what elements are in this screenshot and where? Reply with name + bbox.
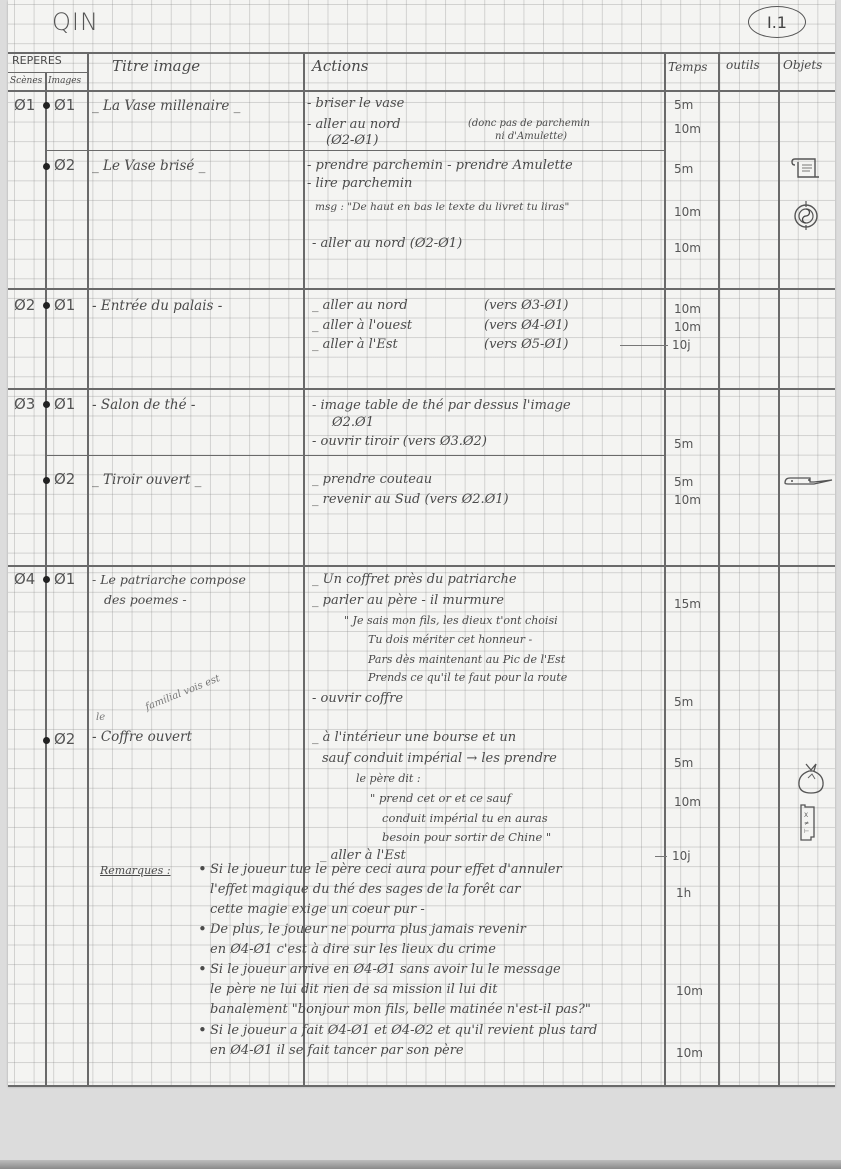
bullet-dot (43, 737, 50, 744)
image-title-continued: des poemes - (104, 592, 187, 607)
image-title: _ Le Vase brisé _ (92, 158, 205, 174)
scene-ref: Ø1 (14, 96, 35, 114)
time-value: 5m (674, 475, 693, 489)
remark-line: l'effet magique du thé des sages de la f… (210, 882, 520, 897)
time-value: 10m (676, 984, 703, 998)
action-line: - briser le vase (307, 96, 404, 111)
scroll-icon (791, 154, 821, 184)
header-top-rule (8, 52, 835, 54)
bullet-icon: • (198, 920, 207, 938)
action-note: (vers Ø4-Ø1) (484, 318, 568, 333)
remark-line: cette magie exige un coeur pur - (210, 902, 425, 917)
scan-edge (0, 1160, 841, 1169)
bullet-dot (43, 576, 50, 583)
bullet-dot (43, 477, 50, 484)
action-line: _ aller à l'ouest (312, 318, 412, 333)
action-message: msg : "De haut en bas le texte du livret… (315, 201, 569, 213)
safe-conduct-icon: X ≠ ⊢ (798, 802, 818, 844)
time-value: 10m (674, 122, 701, 136)
image-ref: Ø1 (54, 296, 75, 314)
image-title: _ La Vase millenaire _ (92, 98, 240, 114)
remark-line: Si le joueur arrive en Ø4-Ø1 sans avoir … (210, 962, 561, 977)
action-line: - image table de thé par dessus l'image (312, 398, 571, 413)
action-line: (Ø2-Ø1) (326, 133, 378, 148)
action-line: - aller au nord (307, 117, 401, 132)
action-line: _ revenir au Sud (vers Ø2.Ø1) (312, 492, 509, 507)
bullet-dot (43, 163, 50, 170)
row-rule (8, 288, 835, 290)
action-line: Ø2.Ø1 (332, 415, 374, 430)
table-bottom-rule (8, 1085, 835, 1087)
image-title: - Coffre ouvert (92, 729, 192, 745)
time-value: 10m (674, 205, 701, 219)
remarks-label: Remarques : (100, 864, 171, 877)
scene-ref: Ø2 (14, 296, 35, 314)
image-title: - Entrée du palais - (92, 298, 222, 314)
dialogue-line: Prends ce qu'il te faut pour la route (368, 671, 567, 684)
outils-objets-divider (778, 52, 780, 1085)
action-line: - aller au nord (Ø2-Ø1) (312, 236, 462, 251)
dialogue-line: " prend cet or et ce sauf (370, 791, 511, 805)
time-value: 5m (674, 98, 693, 112)
action-line: - ouvrir coffre (312, 691, 403, 706)
action-line: - prendre parchemin - prendre Amulette (307, 158, 573, 173)
svg-text:⊢: ⊢ (804, 828, 809, 835)
time-value: 5m (674, 756, 693, 770)
dialogue-line: Tu dois mériter cet honneur - (368, 633, 532, 646)
time-value: 5m (674, 162, 693, 176)
bullet-icon: • (198, 860, 207, 878)
image-ref: Ø1 (54, 395, 75, 413)
header-scenes: Scènes (10, 76, 42, 86)
arrow-icon (620, 345, 668, 346)
page-number: I.1 (767, 13, 787, 32)
action-note: (donc pas de parchemin (468, 118, 590, 129)
temps-outils-divider (718, 52, 720, 1085)
action-note: (vers Ø5-Ø1) (484, 337, 568, 352)
image-ref: Ø1 (54, 570, 75, 588)
dialogue-line: le père dit : (356, 772, 421, 785)
remark-line: en Ø4-Ø1 il se fait tancer par son père (210, 1043, 464, 1058)
remark-line: en Ø4-Ø1 c'est à dire sur les lieux du c… (210, 942, 496, 957)
time-value: 10m (674, 302, 701, 316)
page-number-badge: I.1 (748, 6, 806, 38)
time-value: 10m (674, 493, 701, 507)
header-outils: outils (726, 58, 760, 72)
header-reperes: REPERES (12, 54, 62, 67)
image-title: _ Tiroir ouvert _ (92, 472, 201, 488)
bullet-dot (43, 102, 50, 109)
action-line: - lire parchemin (307, 176, 412, 191)
time-value: 15m (674, 597, 701, 611)
time-value: 10m (676, 1046, 703, 1060)
image-ref: Ø2 (54, 156, 75, 174)
document-title: QIN (52, 8, 99, 36)
time-value: 10m (674, 241, 701, 255)
action-note: (vers Ø3-Ø1) (484, 298, 568, 313)
remark-line: Si le joueur a fait Ø4-Ø1 et Ø4-Ø2 et qu… (210, 1023, 597, 1038)
purse-icon (797, 760, 827, 798)
action-line: _ prendre couteau (312, 472, 432, 487)
row-rule (8, 388, 835, 390)
row-rule (45, 455, 665, 456)
reperes-subheader-rule (8, 72, 88, 73)
image-title: - Salon de thé - (92, 397, 195, 413)
dialogue-line: Pars dès maintenant au Pic de l'Est (368, 653, 565, 666)
scene-ref: Ø3 (14, 395, 35, 413)
image-ref: Ø2 (54, 730, 75, 748)
actions-temps-divider (664, 52, 666, 1085)
image-ref: Ø1 (54, 96, 75, 114)
time-value: 5m (674, 695, 693, 709)
action-line: _ Un coffret près du patriarche (312, 572, 517, 587)
header-bottom-rule (8, 90, 835, 92)
action-line: - ouvrir tiroir (vers Ø3.Ø2) (312, 434, 487, 449)
time-value: 10m (674, 320, 701, 334)
title-prefix-annotation: le (96, 712, 105, 723)
action-line: _ aller à l'Est (320, 848, 406, 863)
action-note: ni d'Amulette) (495, 131, 567, 142)
time-value: 10m (674, 795, 701, 809)
header-temps: Temps (668, 60, 707, 74)
remark-line: le père ne lui dit rien de sa mission il… (210, 982, 497, 997)
time-value: 10j (672, 338, 691, 352)
action-line: _ parler au père - il murmure (312, 593, 504, 608)
image-title: - Le patriarche compose (92, 572, 246, 587)
header-images: Images (48, 76, 81, 86)
svg-text:≠: ≠ (804, 820, 809, 827)
action-line: _ à l'intérieur une bourse et un (312, 730, 516, 745)
time-value: 10j (672, 849, 691, 863)
bullet-icon: • (198, 1021, 207, 1039)
scene-ref: Ø4 (14, 570, 35, 588)
remark-line: De plus, le joueur ne pourra plus jamais… (210, 922, 526, 937)
row-rule (45, 150, 665, 151)
remark-line: banalement "bonjour mon fils, belle mati… (210, 1002, 591, 1017)
time-value: 1h (676, 886, 691, 900)
action-line: _ aller au nord (312, 298, 408, 313)
action-line: _ aller à l'Est (312, 337, 398, 352)
dialogue-line: conduit impérial tu en auras (382, 811, 548, 825)
remark-line: Si le joueur tue le père ceci aura pour … (210, 862, 562, 877)
header-actions: Actions (312, 57, 368, 75)
bullet-icon: • (198, 960, 207, 978)
dialogue-line: besoin pour sortir de Chine " (382, 830, 551, 844)
row-rule (8, 565, 835, 567)
header-titre-image: Titre image (112, 57, 200, 75)
bullet-dot (43, 401, 50, 408)
svg-text:X: X (804, 812, 808, 819)
knife-icon (782, 473, 836, 489)
time-value: 5m (674, 437, 693, 451)
image-ref: Ø2 (54, 470, 75, 488)
reperes-titre-divider (87, 52, 89, 1085)
amulet-icon (792, 199, 820, 231)
arrow-icon (655, 856, 667, 857)
header-objets: Objets (783, 58, 822, 72)
action-line: sauf conduit impérial → les prendre (322, 751, 557, 766)
bullet-dot (43, 302, 50, 309)
dialogue-line: " Je sais mon fils, les dieux t'ont choi… (344, 614, 558, 627)
